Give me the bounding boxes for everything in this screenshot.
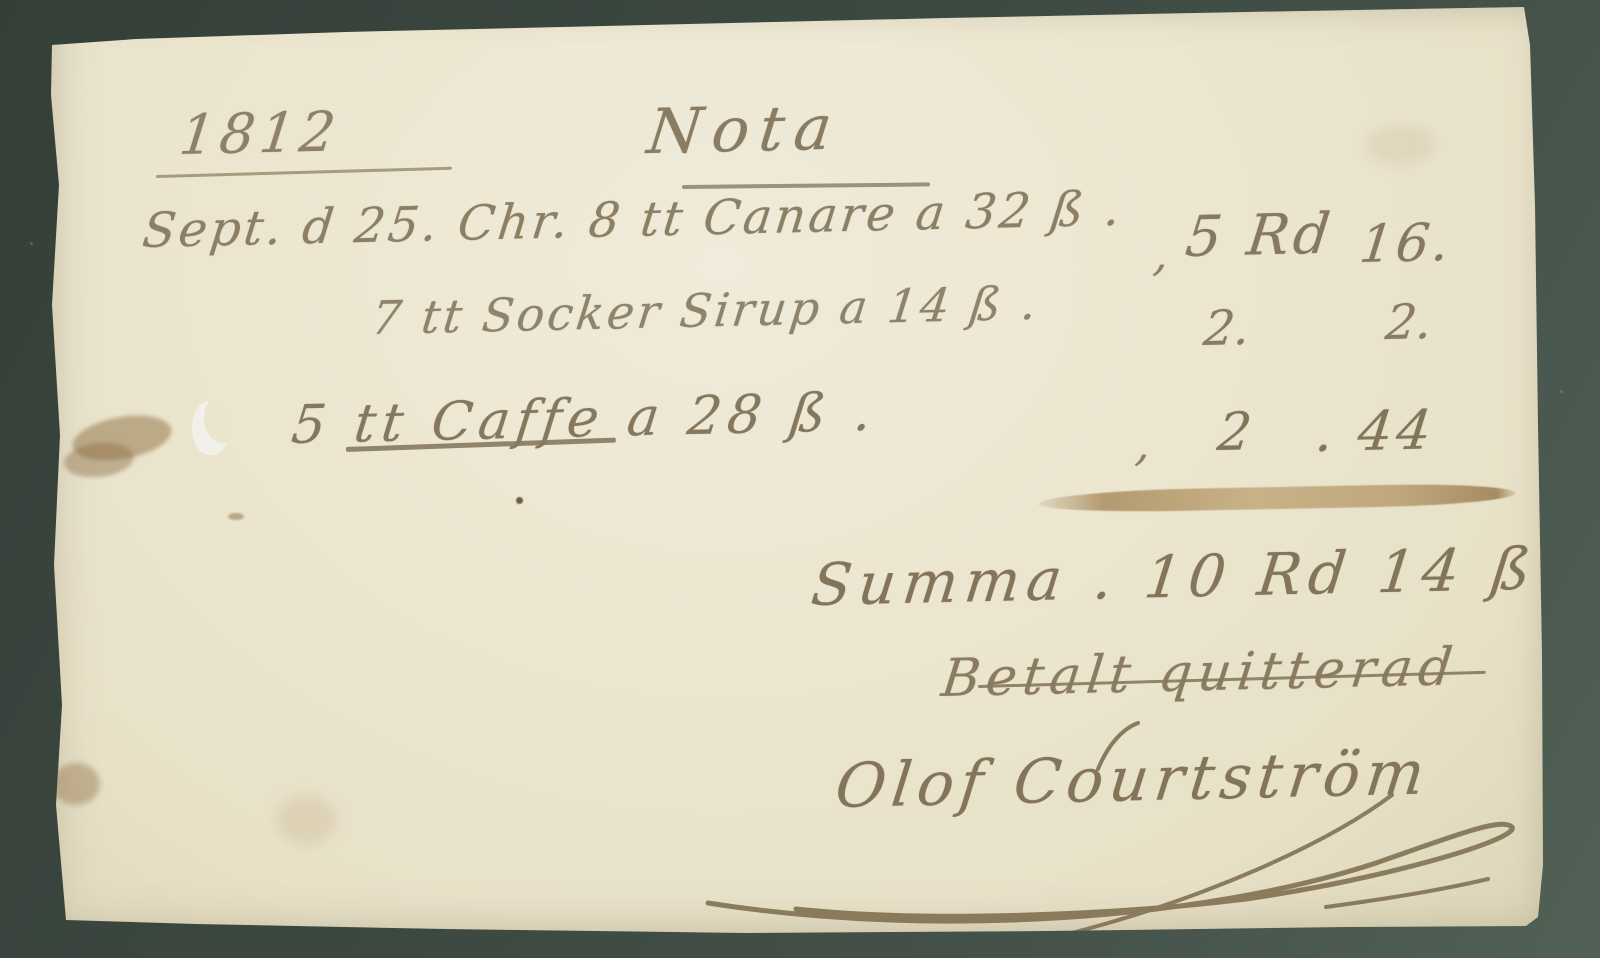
ledger-row-3-amount-riksdaler: 2	[1214, 402, 1254, 463]
summa-line: Summa . 10 Rd 14 ß	[808, 534, 1541, 619]
dust-speck	[30, 242, 33, 245]
dust-speck	[1560, 390, 1563, 393]
ledger-row-1-amount-riksdaler: 5 Rd	[1182, 202, 1337, 271]
paper-flaw-crescent-cut	[204, 401, 230, 443]
ink-stain	[52, 763, 100, 805]
ledger-row-1-amount-skilling: 16.	[1356, 213, 1455, 275]
signature-flourish	[686, 787, 1526, 937]
ledger-row-3-amount-skilling: . 44	[1312, 398, 1438, 464]
year-underline	[156, 167, 452, 178]
document-title: Nota	[644, 91, 846, 169]
ledger-row-2-description: 7 tt Socker Sirup a 14 ß .	[369, 276, 1042, 345]
ledger-row-2-amount-skilling: 2.	[1383, 294, 1435, 351]
foxing-spot	[276, 795, 336, 845]
total-rule-smear	[1038, 482, 1516, 513]
document-year: 1812	[176, 99, 343, 167]
ledger-row-1-description: Sept. d 25. Chr. 8 tt Canare a 32 ß .	[140, 181, 1126, 259]
photo-background: 1812 Nota Sept. d 25. Chr. 8 tt Canare a…	[0, 0, 1600, 958]
receipt-paper: 1812 Nota Sept. d 25. Chr. 8 tt Canare a…	[46, 5, 1548, 935]
paper-flaw-crescent	[192, 401, 230, 455]
ink-stain	[228, 513, 244, 520]
ledger-row-2-amount-riksdaler: 2.	[1201, 300, 1253, 357]
ledger-row-3-leader: ‚	[1133, 417, 1154, 471]
foxing-spot	[1366, 125, 1436, 165]
ink-dot	[516, 497, 523, 504]
ledger-row-1-leader: ‚	[1151, 227, 1172, 281]
